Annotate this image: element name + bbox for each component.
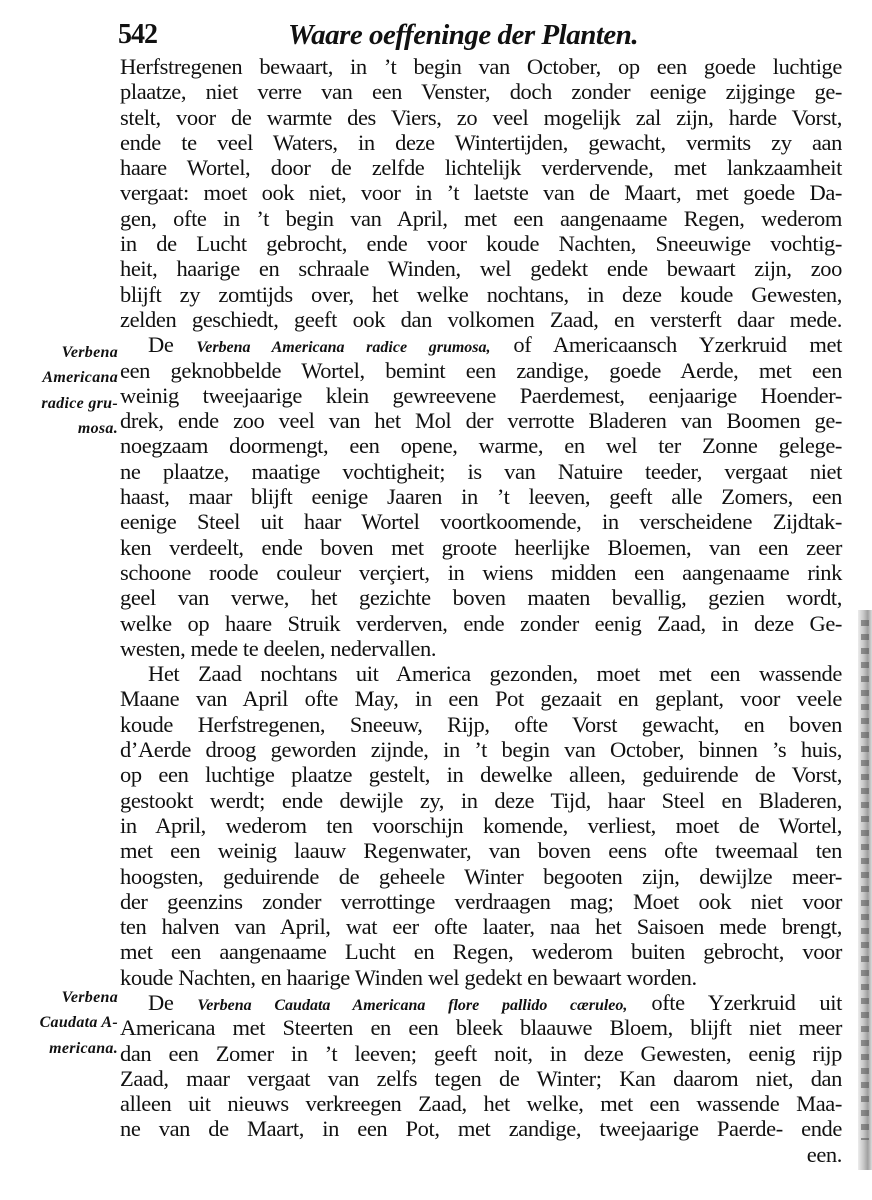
text-line: ken verdeelt, ende boven met groote heer… <box>120 535 842 560</box>
text-line: gestookt werdt; ende dewijle zy, in deze… <box>120 788 842 813</box>
running-head: 542 Waare oeffeninge der Planten. <box>118 18 838 52</box>
book-page: 542 Waare oeffeninge der Planten. Verben… <box>0 0 872 1200</box>
paragraph-1: Herfstregenen bewaart, in ’t begin van O… <box>120 54 842 332</box>
text-line: een geknobbelde Wortel, bemint een zandi… <box>120 358 842 383</box>
text-line: op een luchtige plaatze gestelt, in dewe… <box>120 762 842 787</box>
text-line: blijft zy zomtijds over, het welke nocht… <box>120 282 842 307</box>
text-span: ofte Yzerkruid uit <box>651 990 842 1015</box>
text-line: gen, ofte in ’t begin van April, met een… <box>120 206 842 231</box>
text-span: of Americaansch Yzerkruid met <box>513 332 842 357</box>
text-line: ten halven van April, wat eer ofte laate… <box>120 914 842 939</box>
text-span: De <box>148 332 173 357</box>
text-line: d’Aerde droog geworden zijnde, in ’t beg… <box>120 737 842 762</box>
page-number: 542 <box>118 18 157 52</box>
text-line: der geenzins zonder verrottinge verdraag… <box>120 889 842 914</box>
text-line: vergaat: moet ook niet, voor in ’t laets… <box>120 180 842 205</box>
text-line: plaatze, niet verre van een Venster, doc… <box>120 79 842 104</box>
text-line: Zaad, maar vergaat van zelfs tegen de Wi… <box>120 1066 842 1091</box>
text-line: haare Wortel, door de zelfde lichtelijk … <box>120 155 842 180</box>
text-line: heit, haarige en schraale Winden, wel ge… <box>120 256 842 281</box>
margin-note-line: radice gru- <box>8 391 118 416</box>
text-line: schoone roode couleur verçiert, in wiens… <box>120 560 842 585</box>
margin-note-line: mericana. <box>8 1036 118 1061</box>
text-line: met een weinig laauw Regenwater, van bov… <box>120 838 842 863</box>
text-line: ne van de Maart, in een Pot, met zandige… <box>120 1116 842 1141</box>
text-line: Het Zaad nochtans uit America gezonden, … <box>120 661 842 686</box>
text-line: koude Herfstregenen, Sneeuw, Rijp, ofte … <box>120 712 842 737</box>
margin-note-line: Americana <box>8 365 118 390</box>
catchword: een. <box>120 1142 842 1167</box>
latin-name: Verbena Americana radice grumosa, <box>196 339 490 356</box>
text-line: noegzaam doormengt, een opene, warme, en… <box>120 433 842 458</box>
paragraph-verbena-caudata: De Verbena Caudata Americana flore palli… <box>120 990 842 1167</box>
text-line: haast, maar blijft eenige Jaaren in ’t l… <box>120 484 842 509</box>
text-line: koude Nachten, en haarige Winden wel ged… <box>120 965 842 990</box>
text-line: ende te veel Waters, in deze Wintertijde… <box>120 130 842 155</box>
text-line: geel van verwe, het gezichte boven maate… <box>120 585 842 610</box>
text-line: alleen uit nieuws verkreegen Zaad, het w… <box>120 1091 842 1116</box>
text-line: westen, mede te deelen, nedervallen. <box>120 636 842 661</box>
text-line: Maane van April ofte May, in een Pot gez… <box>120 686 842 711</box>
text-line: dan een Zomer in ’t leeven; geeft noit, … <box>120 1041 842 1066</box>
text-line: zelden geschiedt, geeft ook dan volkomen… <box>120 307 842 332</box>
margin-note-line: Verbena <box>8 340 118 365</box>
text-line: eenige Steel uit haar Wortel voortkoomen… <box>120 509 842 534</box>
text-line: De Verbena Americana radice grumosa, of … <box>120 332 842 357</box>
text-line: drek, ende zoo veel van het Mol der verr… <box>120 408 842 433</box>
text-span: De <box>148 990 173 1015</box>
text-line: in April, wederom ten voorschijn komende… <box>120 813 842 838</box>
paragraph-zaad: Het Zaad nochtans uit America gezonden, … <box>120 661 842 990</box>
margin-note-verbena-caudata: Verbena Caudata A- mericana. <box>8 985 118 1061</box>
text-line: in de Lucht gebrocht, ende voor koude Na… <box>120 231 842 256</box>
margin-note-line: Caudata A- <box>8 1010 118 1035</box>
margin-note-line: Verbena <box>8 985 118 1010</box>
text-line: welke op haare Struik verderven, ende zo… <box>120 611 842 636</box>
text-line: ne plaatze, maatige vochtigheit; is van … <box>120 459 842 484</box>
text-line: De Verbena Caudata Americana flore palli… <box>120 990 842 1015</box>
text-line: Herfstregenen bewaart, in ’t begin van O… <box>120 54 842 79</box>
body-text: Herfstregenen bewaart, in ’t begin van O… <box>120 54 842 1167</box>
text-line: hoogsten, geduirende de geheele Winter b… <box>120 864 842 889</box>
running-title: Waare oeffeninge der Planten. <box>288 18 638 52</box>
text-line: Americana met Steerten en een bleek blaa… <box>120 1015 842 1040</box>
margin-note-line: mosa. <box>8 416 118 441</box>
text-line: weinig tweejaarige klein gewreevene Paer… <box>120 383 842 408</box>
margin-note-verbena-americana: Verbena Americana radice gru- mosa. <box>8 340 118 441</box>
latin-name: Verbena Caudata Americana flore pallido … <box>197 997 627 1014</box>
paragraph-verbena-americana: De Verbena Americana radice grumosa, of … <box>120 332 842 661</box>
facing-page-edge <box>858 610 872 1170</box>
text-line: stelt, voor de warmte des Viers, zo veel… <box>120 105 842 130</box>
text-line: met een aangenaame Lucht en Regen, weder… <box>120 939 842 964</box>
